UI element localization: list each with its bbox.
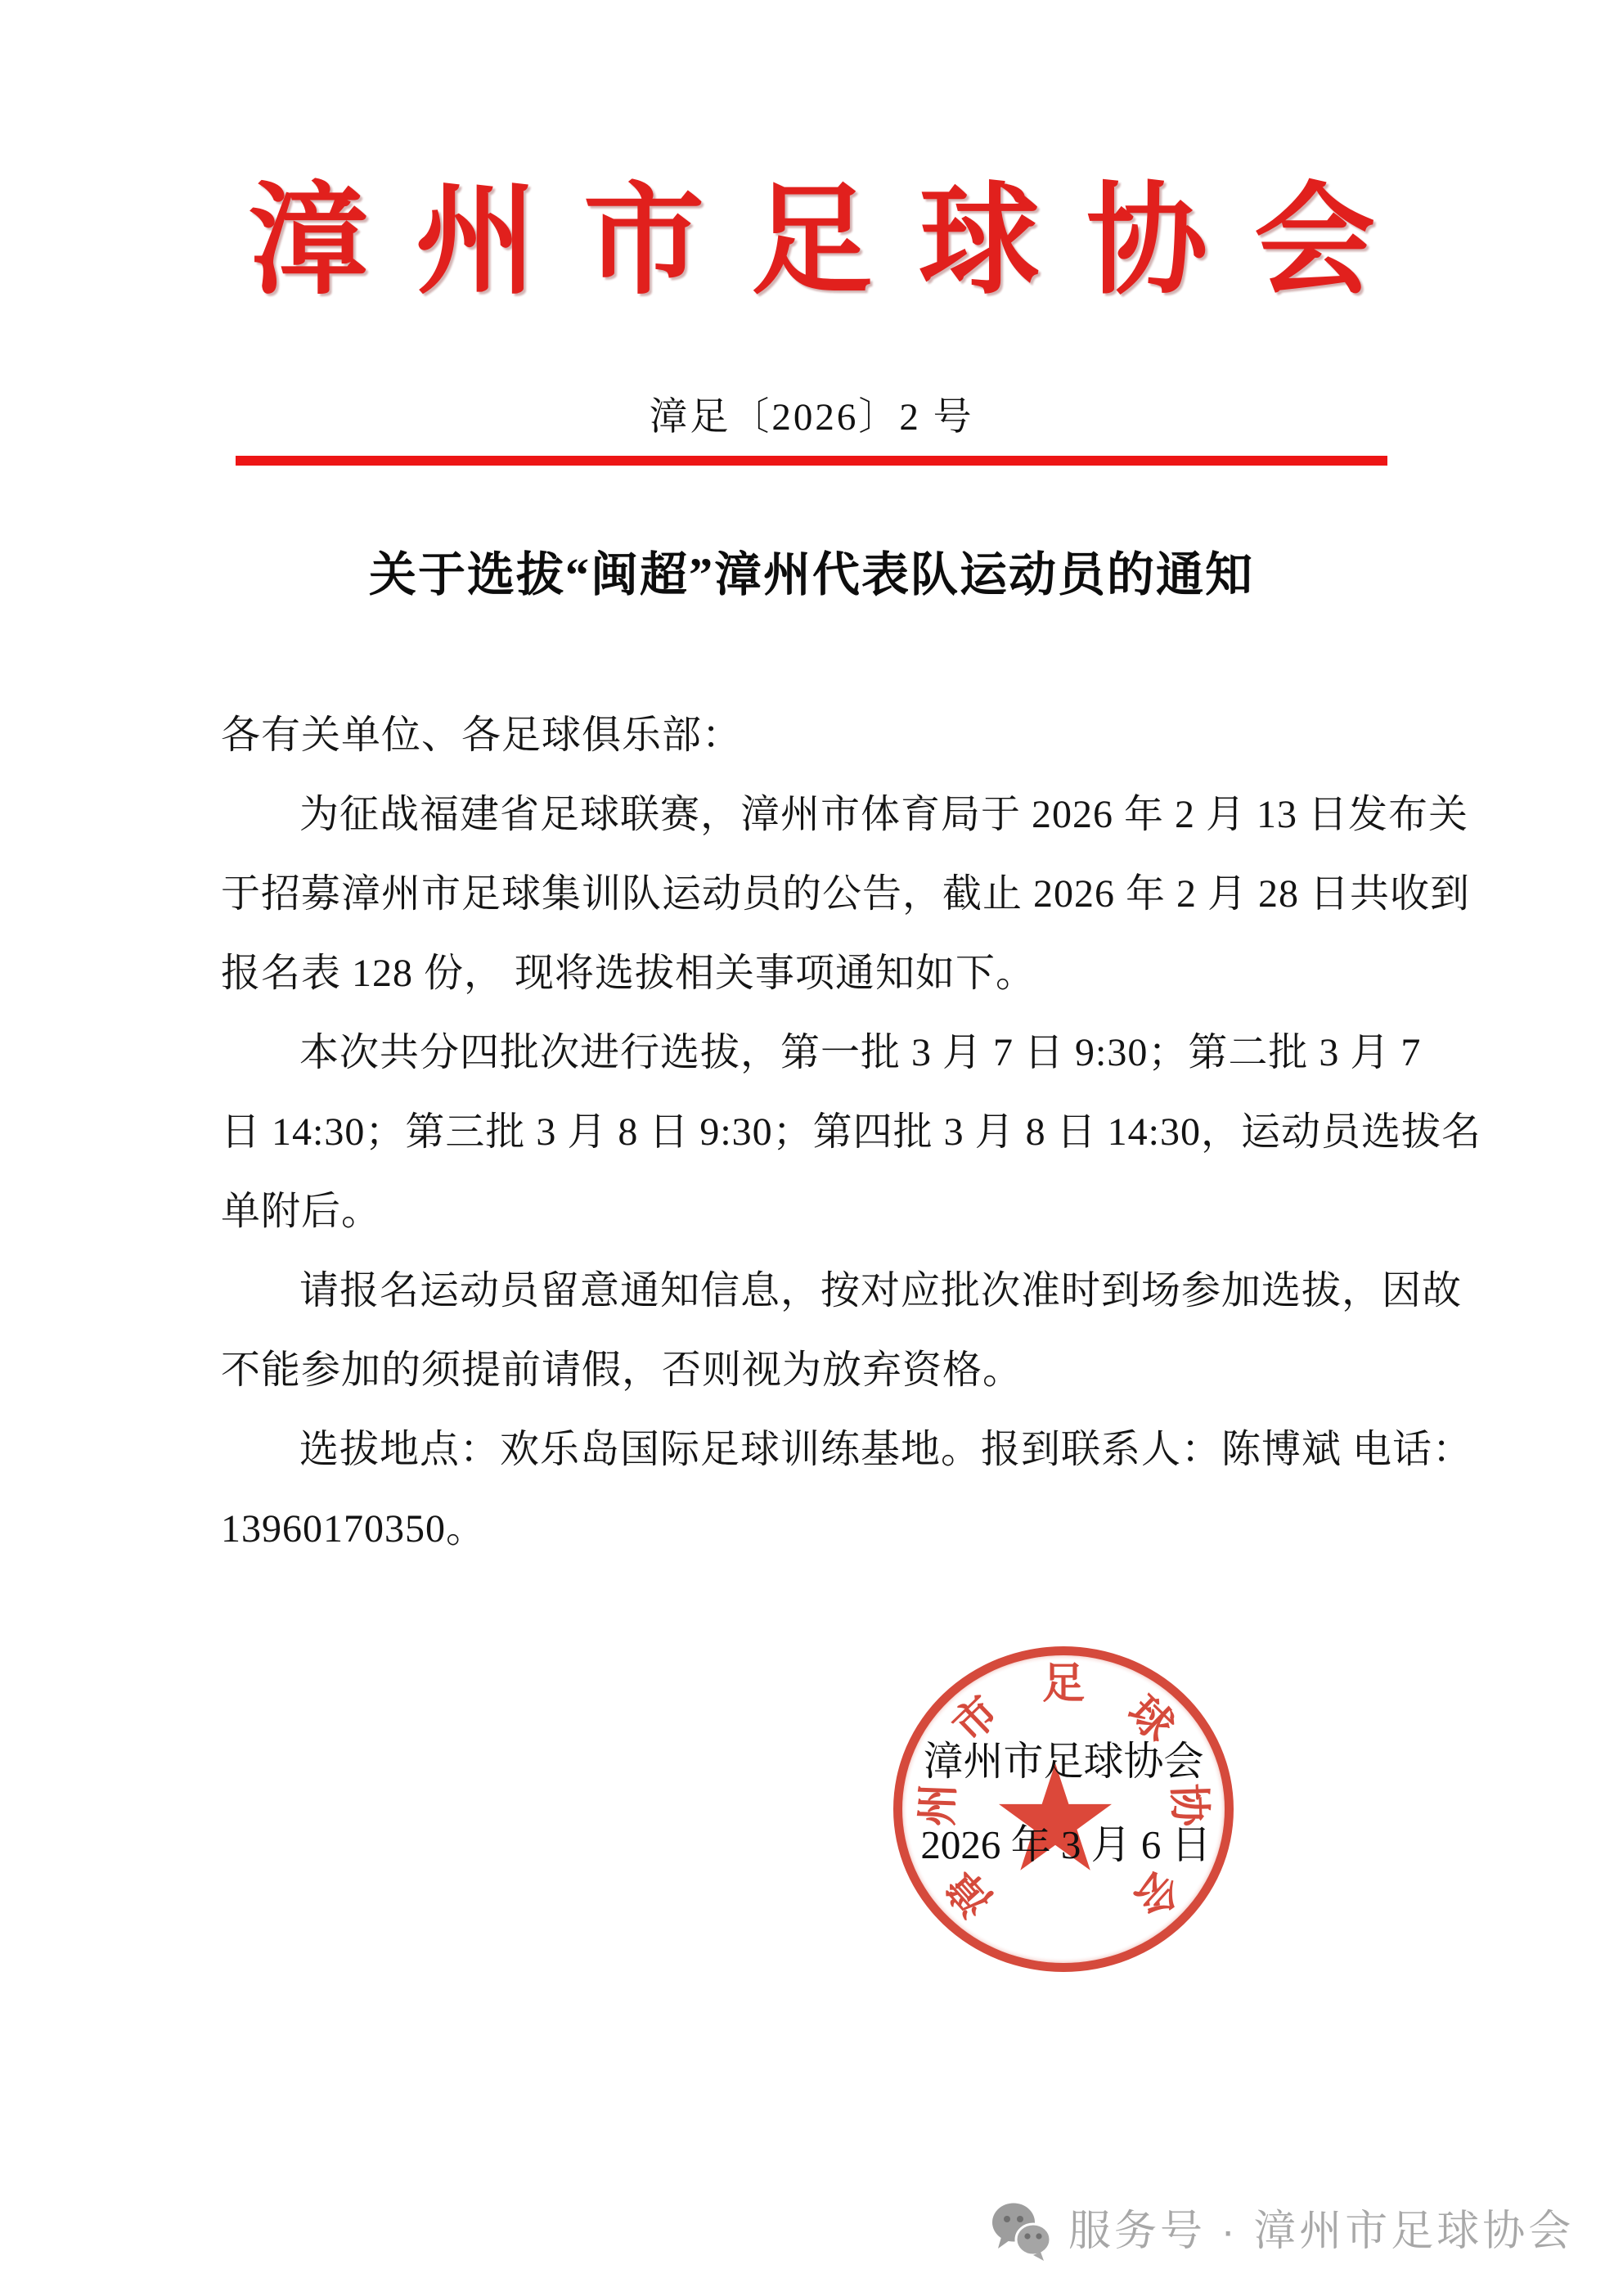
footer-watermark: 服务号 · 漳州市足球协会 — [990, 2199, 1574, 2263]
body-line: 于招募漳州市足球集训队运动员的公告，截止 2026 年 2 月 28 日共收到 — [221, 854, 1405, 934]
body-line: 单附后。 — [221, 1172, 1405, 1251]
body-line: 日 14:30；第三批 3 月 8 日 9:30；第四批 3 月 8 日 14:… — [221, 1092, 1405, 1172]
signature-date: 2026 年 3 月 6 日 — [870, 1823, 1262, 1867]
wechat-icon — [990, 2199, 1054, 2263]
body-line: 13960170350。 — [221, 1489, 1405, 1569]
body-line: 请报名运动员留意通知信息，按对应批次准时到场参加选拔，因故 — [221, 1251, 1405, 1330]
doc-number: 漳足〔2026〕2 号 — [0, 395, 1623, 439]
notice-title: 关于选拔“闽超”漳州代表队运动员的通知 — [0, 547, 1623, 604]
document-page: 漳州市足球协会 漳足〔2026〕2 号 关于选拔“闽超”漳州代表队运动员的通知 … — [0, 0, 1623, 2296]
body-line: 为征战福建省足球联赛，漳州市体育局于 2026 年 2 月 13 日发布关 — [221, 775, 1405, 854]
body-line: 本次共分四批次进行选拔，第一批 3 月 7 日 9:30；第二批 3 月 7 — [221, 1013, 1405, 1092]
org-title: 漳州市足球协会 — [0, 182, 1623, 303]
seal-ring-char: 足 — [1041, 1663, 1086, 1707]
seal-ring-char: 协 — [1165, 1782, 1211, 1828]
body-line: 各有关单位、各足球俱乐部： — [221, 696, 1405, 775]
body-line: 不能参加的须提前请假，否则视为放弃资格。 — [221, 1330, 1405, 1410]
body-line: 报名表 128 份， 现将选拔相关事项通知如下。 — [221, 934, 1405, 1013]
signature-org: 漳州市足球协会 — [892, 1740, 1235, 1784]
red-divider-line — [236, 456, 1387, 466]
body-line: 选拔地点：欢乐岛国际足球训练基地。报到联系人：陈博斌 电话： — [221, 1410, 1405, 1489]
footer-label: 服务号 · 漳州市足球协会 — [1068, 2200, 1574, 2262]
notice-body: 各有关单位、各足球俱乐部： 为征战福建省足球联赛，漳州市体育局于 2026 年 … — [221, 696, 1405, 1569]
seal-ring-char: 州 — [916, 1782, 962, 1828]
official-seal: ★ 漳 州 市 足 球 协 会 — [893, 1646, 1234, 1972]
